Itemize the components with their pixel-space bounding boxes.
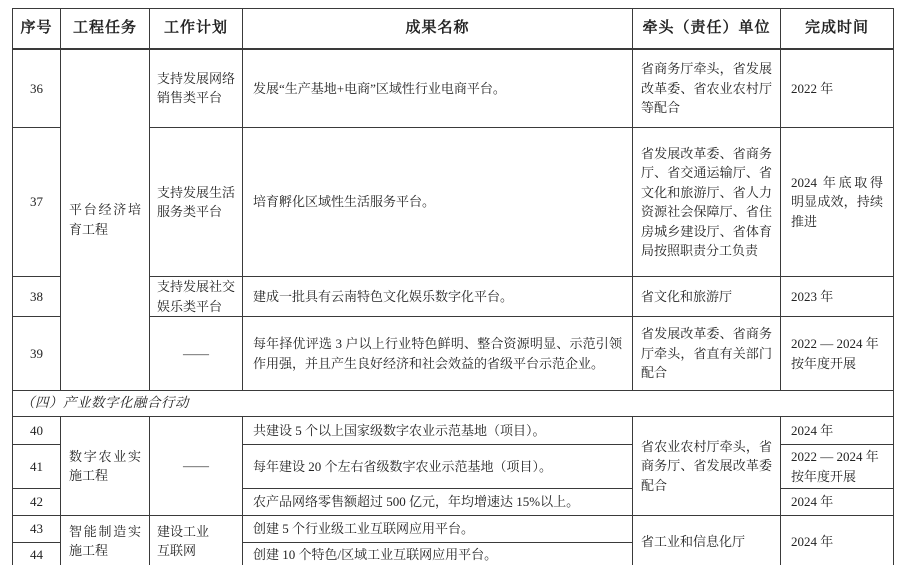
row-43: 43 智能制造实施工程 建设工业 互联网 创建 5 个行业级工业互联网应用平台。… — [13, 516, 894, 543]
row-36: 36 平台经济培育工程 支持发展网络销售类平台 发展“生产基地+电商”区域性行业… — [13, 49, 894, 128]
row-40: 40 数字农业实施工程 —— 共建设 5 个以上国家级数字农业示范基地（项目）。… — [13, 417, 894, 445]
cell-r38-plan: 支持发展社交娱乐类平台 — [150, 277, 243, 317]
cell-r36-no: 36 — [13, 49, 61, 128]
cell-r40-result: 共建设 5 个以上国家级数字农业示范基地（项目）。 — [243, 417, 633, 445]
section-title: （四）产业数字化融合行动 — [13, 391, 894, 417]
cell-r38-time: 2023 年 — [781, 277, 894, 317]
header-time: 完成时间 — [781, 9, 894, 49]
cell-r39-plan-dash: —— — [150, 317, 243, 391]
header-result: 成果名称 — [243, 9, 633, 49]
header-no: 序号 — [13, 9, 61, 49]
cell-industry-unit: 省工业和信息化厅 — [633, 516, 781, 565]
cell-agri-plan-dash: —— — [150, 417, 243, 516]
section-row: （四）产业数字化融合行动 — [13, 391, 894, 417]
cell-r43-no: 43 — [13, 516, 61, 543]
cell-r41-result: 每年建设 20 个左右省级数字农业示范基地（项目）。 — [243, 445, 633, 489]
cell-r41-no: 41 — [13, 445, 61, 489]
cell-r37-plan: 支持发展生活服务类平台 — [150, 128, 243, 277]
cell-r38-result: 建成一批具有云南特色文化娱乐数字化平台。 — [243, 277, 633, 317]
cell-r37-unit: 省发展改革委、省商务厅、省交通运输厅、省文化和旅游厅、省人力资源社会保障厅、省住… — [633, 128, 781, 277]
cell-r36-unit: 省商务厅牵头，省发展改革委、省农业农村厅等配合 — [633, 49, 781, 128]
cell-agri-unit: 省农业农村厅牵头，省商务厅、省发展改革委配合 — [633, 417, 781, 516]
cell-r39-unit: 省发展改革委、省商务厅牵头，省直有关部门配合 — [633, 317, 781, 391]
action-plan-table: 序号 工程任务 工作计划 成果名称 牵头（责任）单位 完成时间 36 平台经济培… — [12, 8, 894, 565]
cell-r44-result: 创建 10 个特色/区域工业互联网应用平台。 — [243, 543, 633, 565]
cell-r37-no: 37 — [13, 128, 61, 277]
cell-r40-time: 2024 年 — [781, 417, 894, 445]
cell-industry-time: 2024 年 — [781, 516, 894, 565]
cell-r40-no: 40 — [13, 417, 61, 445]
header-task: 工程任务 — [61, 9, 150, 49]
header-row: 序号 工程任务 工作计划 成果名称 牵头（责任）单位 完成时间 — [13, 9, 894, 49]
cell-r39-result: 每年择优评选 3 户以上行业特色鲜明、整合资源明显、示范引领作用强，并且产生良好… — [243, 317, 633, 391]
cell-industry-plan: 建设工业 互联网 — [150, 516, 243, 565]
cell-r41-time: 2022 — 2024 年按年度开展 — [781, 445, 894, 489]
cell-r44-no: 44 — [13, 543, 61, 565]
cell-r38-unit: 省文化和旅游厅 — [633, 277, 781, 317]
cell-r39-time: 2022 — 2024 年按年度开展 — [781, 317, 894, 391]
cell-r36-result: 发展“生产基地+电商”区域性行业电商平台。 — [243, 49, 633, 128]
cell-r36-time: 2022 年 — [781, 49, 894, 128]
cell-r42-time: 2024 年 — [781, 489, 894, 516]
cell-r36-plan: 支持发展网络销售类平台 — [150, 49, 243, 128]
cell-r39-no: 39 — [13, 317, 61, 391]
cell-r37-time: 2024 年底取得明显成效，持续推进 — [781, 128, 894, 277]
cell-task-platform-economy: 平台经济培育工程 — [61, 49, 150, 391]
header-unit: 牵头（责任）单位 — [633, 9, 781, 49]
document-page: 序号 工程任务 工作计划 成果名称 牵头（责任）单位 完成时间 36 平台经济培… — [0, 0, 900, 565]
cell-r37-result: 培育孵化区域性生活服务平台。 — [243, 128, 633, 277]
cell-task-smart-manufacturing: 智能制造实施工程 — [61, 516, 150, 565]
cell-r43-result: 创建 5 个行业级工业互联网应用平台。 — [243, 516, 633, 543]
cell-r42-no: 42 — [13, 489, 61, 516]
cell-r38-no: 38 — [13, 277, 61, 317]
cell-r42-result: 农产品网络零售额超过 500 亿元，年均增速达 15%以上。 — [243, 489, 633, 516]
cell-task-digital-agriculture: 数字农业实施工程 — [61, 417, 150, 516]
header-plan: 工作计划 — [150, 9, 243, 49]
